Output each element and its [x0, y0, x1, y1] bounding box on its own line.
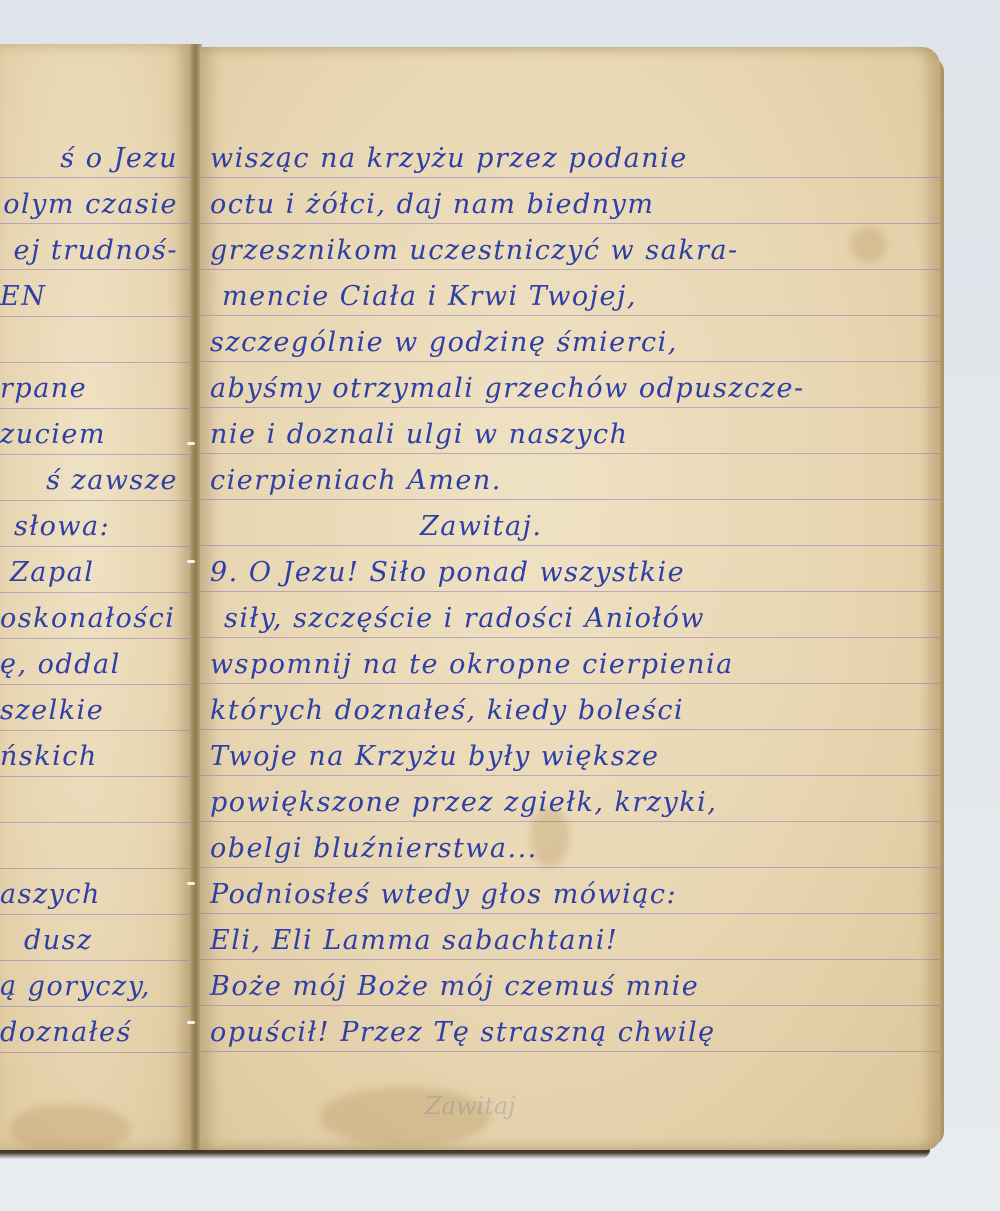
handwritten-line: 9. O Jezu! Siło ponad wszystkie [210, 558, 685, 588]
section-heading: Zawitaj. [420, 512, 543, 542]
left-page: ś o Jezu olym czasie ej trudnoś- EN rpan… [0, 44, 192, 1150]
handwritten-line: aszych [0, 880, 101, 910]
handwritten-line: olym czasie [3, 190, 178, 220]
ruled-line [0, 454, 192, 455]
ruled-line [200, 545, 940, 546]
ruled-line [0, 500, 192, 501]
ruled-line [200, 821, 940, 822]
handwritten-line: Zapal [10, 558, 94, 588]
ruled-line [0, 914, 192, 915]
ruled-line [200, 913, 940, 914]
handwritten-line: szczególnie w godzinę śmierci, [210, 328, 678, 358]
handwritten-line: oskonałości [0, 604, 175, 634]
ruled-line [0, 592, 192, 593]
ruled-line [0, 730, 192, 731]
ruled-line [200, 1051, 940, 1052]
ruled-line [200, 867, 940, 868]
ruled-line [0, 408, 192, 409]
handwritten-line: Twoje na Krzyżu były większe [210, 742, 659, 772]
handwritten-line: siły, szczęście i radości Aniołów [224, 604, 705, 634]
handwritten-line: Boże mój Boże mój czemuś mnie [210, 972, 699, 1002]
handwritten-line: Eli, Eli Lamma sabachtani! [210, 926, 618, 956]
handwritten-line: Podniosłeś wtedy głos mówiąc: [210, 880, 677, 910]
ruled-line [0, 223, 192, 224]
water-stain [10, 1104, 130, 1150]
handwritten-line: EN [0, 282, 46, 312]
ruled-line [0, 269, 192, 270]
handwritten-line: ś o Jezu [60, 144, 178, 174]
binding-stitch [187, 882, 195, 885]
ruled-line [200, 315, 940, 316]
handwritten-line: ę, oddal [0, 650, 121, 680]
ruled-line [0, 546, 192, 547]
ruled-line [200, 729, 940, 730]
handwritten-line: ńskich [0, 742, 98, 772]
ruled-line [200, 591, 940, 592]
handwritten-line: grzesznikom uczestniczyć w sakra- [210, 236, 739, 266]
ruled-line [0, 1006, 192, 1007]
handwritten-line: nie i doznali ulgi w naszych [210, 420, 628, 450]
right-page: wisząc na krzyżu przez podanie octu i żó… [200, 47, 940, 1150]
ruled-line [0, 177, 192, 178]
ruled-line [0, 362, 192, 363]
ruled-line [200, 269, 940, 270]
ruled-line [200, 959, 940, 960]
handwritten-line: słowa: [14, 512, 110, 542]
handwritten-line: doznałeś [0, 1018, 132, 1048]
ruled-line [200, 775, 940, 776]
ruled-line [0, 684, 192, 685]
handwritten-line: ś zawsze [46, 466, 178, 496]
ruled-line [0, 1052, 192, 1053]
handwritten-line: powiększone przez zgiełk, krzyki, [210, 788, 717, 818]
handwritten-line: których doznałeś, kiedy boleści [210, 696, 684, 726]
handwritten-line: dusz [24, 926, 93, 956]
handwritten-line: opuścił! Przez Tę straszną chwilę [210, 1018, 716, 1048]
handwritten-line: wisząc na krzyżu przez podanie [210, 144, 688, 174]
ruled-line [200, 637, 940, 638]
handwritten-line: wspomnij na te okropne cierpienia [210, 650, 734, 680]
handwritten-line: ą goryczy, [0, 972, 151, 1002]
ruled-line [0, 960, 192, 961]
handwritten-line: ej trudnoś- [14, 236, 179, 266]
handwritten-line: abyśmy otrzymali grzechów odpuszcze- [210, 374, 805, 404]
ruled-line [200, 453, 940, 454]
ruled-line [200, 177, 940, 178]
binding-stitch [187, 1021, 195, 1024]
binding-stitch [187, 442, 195, 445]
ruled-line [200, 407, 940, 408]
water-stain [850, 227, 886, 263]
handwritten-line: mencie Ciała i Krwi Twojej, [222, 282, 637, 312]
handwritten-line: cierpieniach Amen. [210, 466, 502, 496]
ruled-line [200, 683, 940, 684]
handwritten-line: octu i żółci, daj nam biednym [210, 190, 655, 220]
bleed-through-text: Zawitaj [425, 1092, 516, 1120]
ruled-line [0, 638, 192, 639]
ruled-line [200, 499, 940, 500]
ruled-line [0, 868, 192, 869]
binding-stitch [187, 560, 195, 563]
handwritten-line: zuciem [0, 420, 106, 450]
ruled-line [0, 822, 192, 823]
handwritten-line: obelgi bluźnierstwa... [210, 834, 538, 864]
handwritten-line: szelkie [0, 696, 104, 726]
ruled-line [0, 316, 192, 317]
ruled-line [0, 776, 192, 777]
ruled-line [200, 223, 940, 224]
ruled-line [200, 1005, 940, 1006]
notebook-spread: ś o Jezu olym czasie ej trudnoś- EN rpan… [0, 0, 1000, 1211]
handwritten-line: rpane [0, 374, 87, 404]
ruled-line [200, 361, 940, 362]
